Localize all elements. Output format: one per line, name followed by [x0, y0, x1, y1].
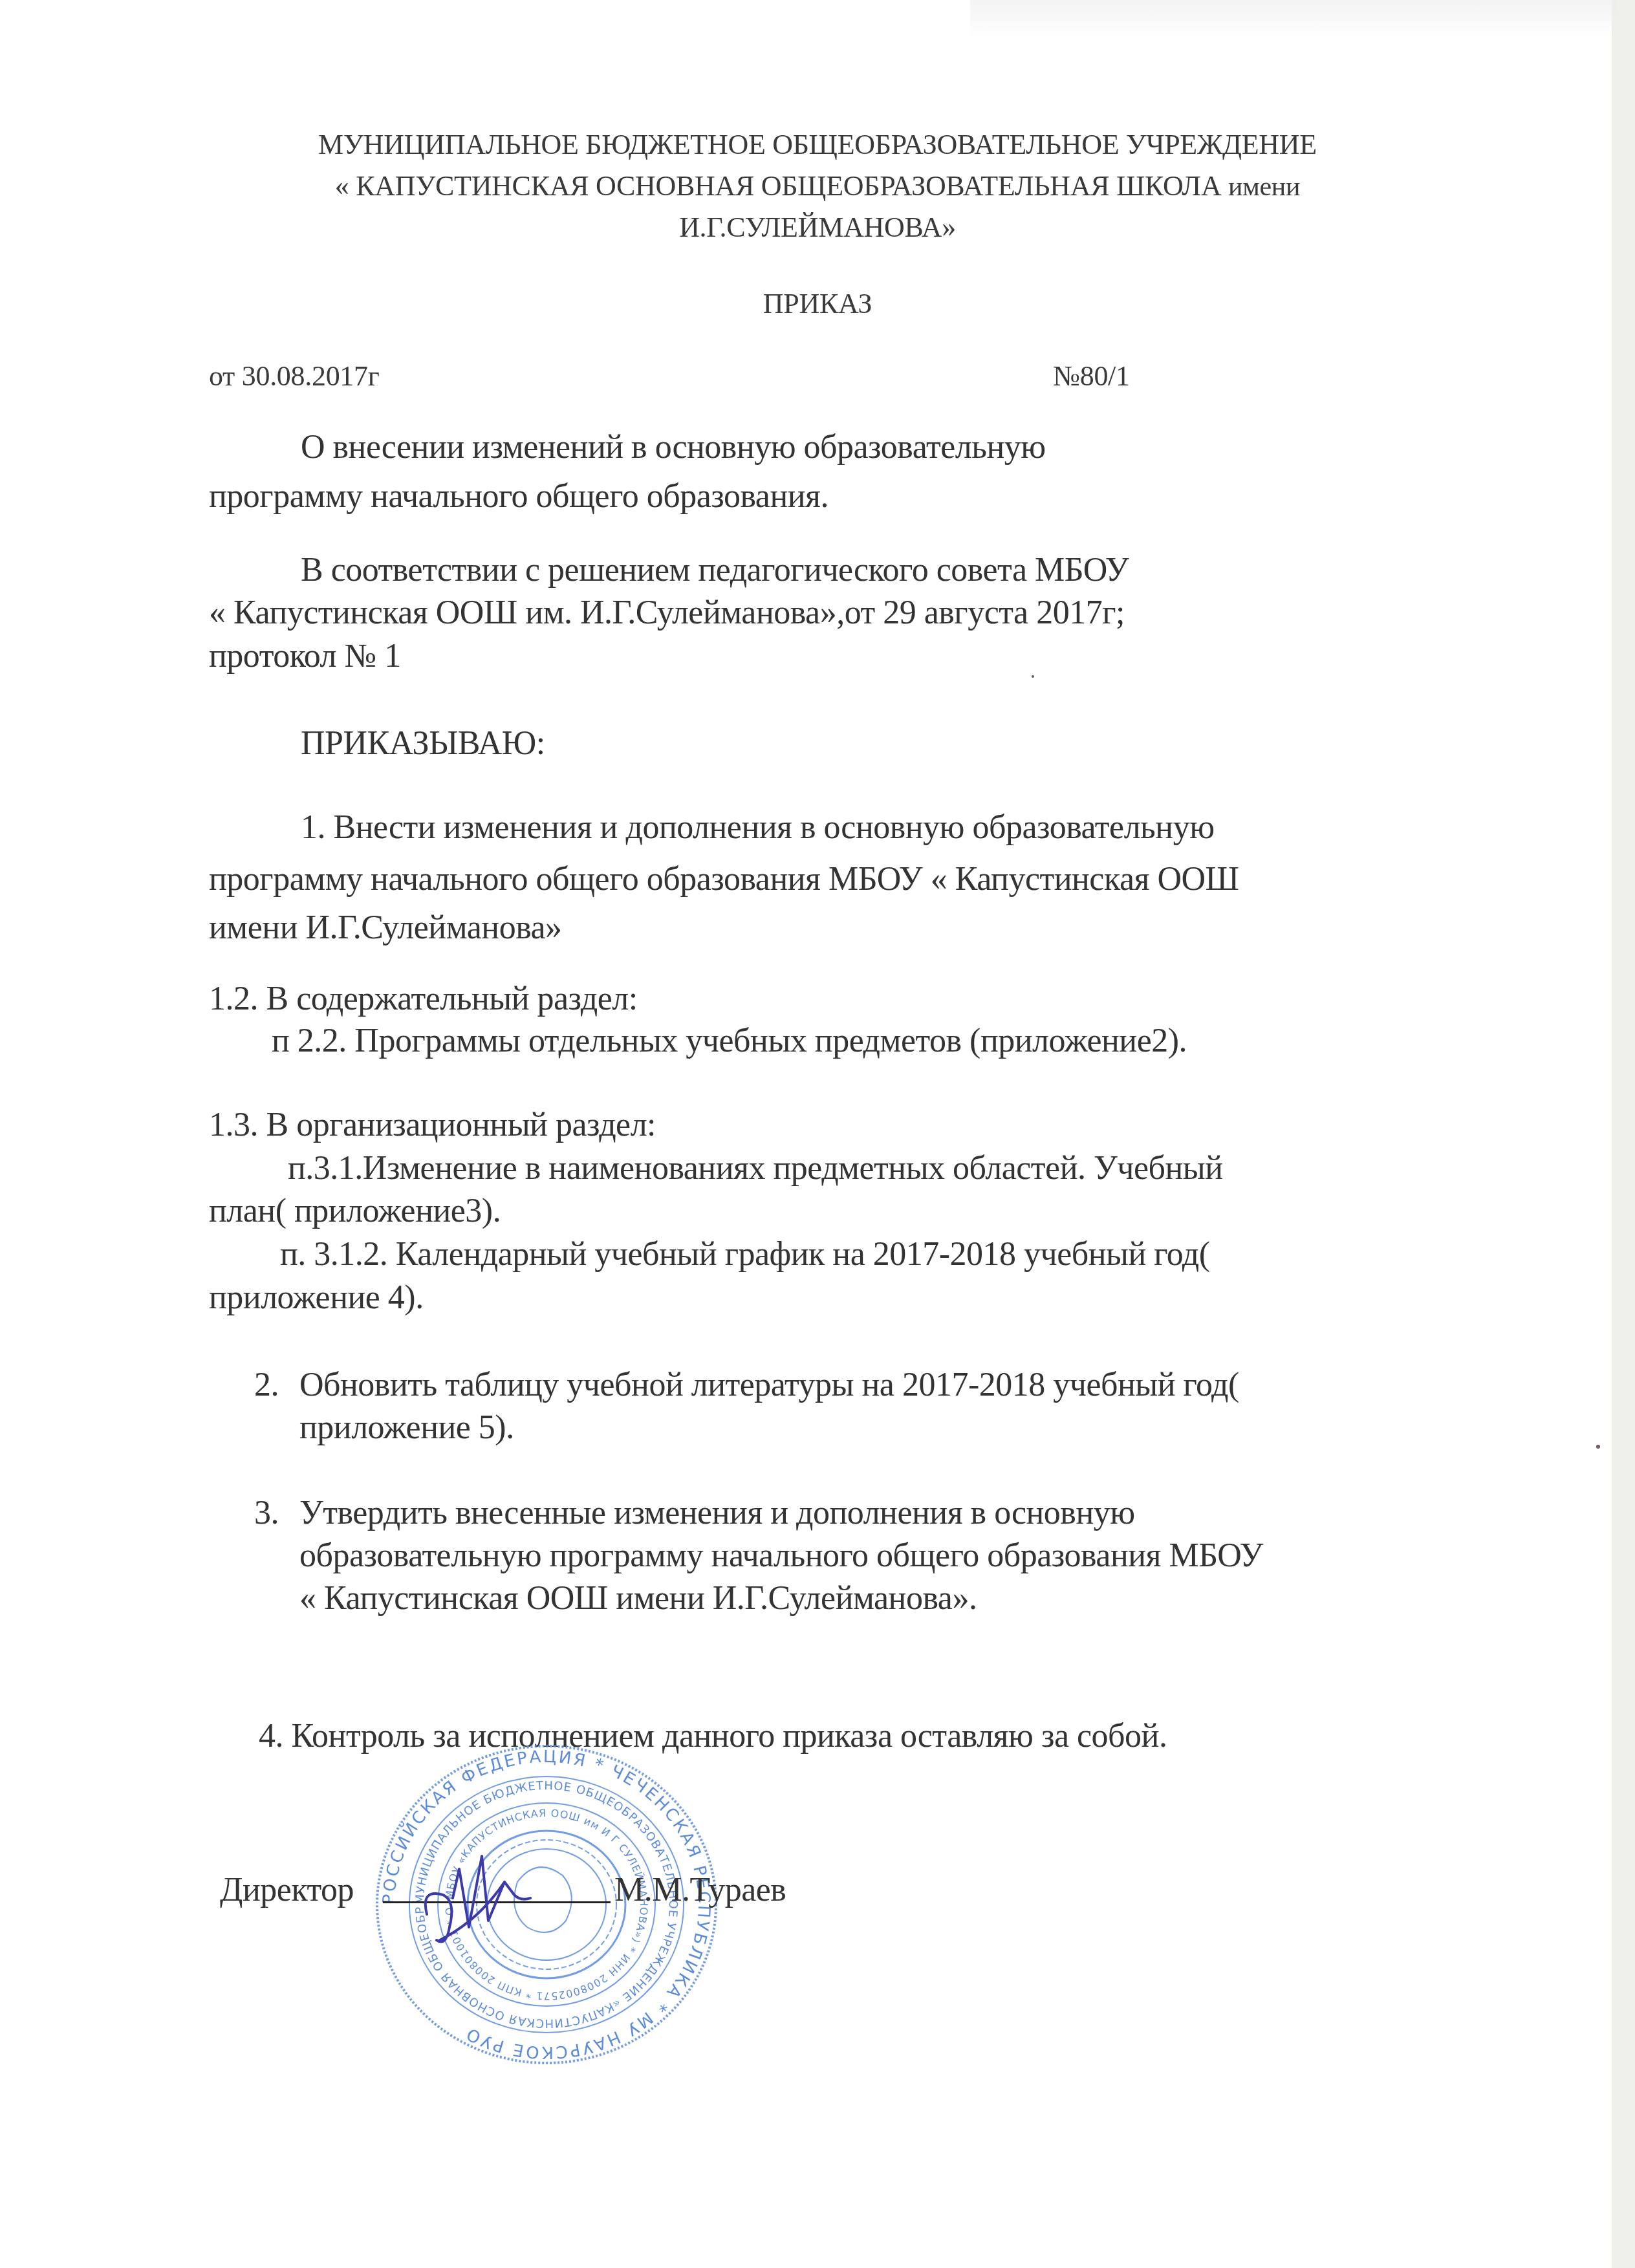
order-keyword: ПРИКАЗЫВАЮ: — [301, 724, 545, 763]
item-1-3-sub2-line-2: приложение 4). — [209, 1279, 424, 1317]
item-1-2-title: 1.2. В содержательный раздел: — [209, 980, 638, 1019]
institution-line-2: « КАПУСТИНСКАЯ ОСНОВНАЯ ОБЩЕОБРАЗОВАТЕЛЬ… — [0, 169, 1635, 204]
item-2-number: 2. — [254, 1366, 279, 1405]
item-1-line-3: имени И.Г.Сулейманова» — [209, 909, 562, 947]
subject-line-2: программу начального общего образования. — [209, 477, 828, 516]
scan-speck — [1032, 675, 1034, 678]
item-1-line-2: программу начального общего образования … — [209, 860, 1239, 899]
signatory-name: М.М.Тураев — [614, 1871, 786, 1910]
item-1-3-sub1-line-2: план( приложение3). — [209, 1192, 501, 1231]
signatory-position: Директор — [220, 1871, 354, 1910]
scan-noise — [970, 0, 1617, 39]
handwritten-signature — [414, 1837, 582, 1966]
institution-name: « КАПУСТИНСКАЯ ОСНОВНАЯ ОБЩЕОБРАЗОВАТЕЛЬ… — [335, 170, 1228, 202]
institution-line-3: И.Г.СУЛЕЙМАНОВА» — [0, 211, 1635, 244]
basis-line-3: протокол № 1 — [209, 637, 401, 676]
item-1-2-sub: п 2.2. Программы отдельных учебных предм… — [272, 1022, 1187, 1061]
basis-line-2: « Капустинская ООШ им. И.Г.Сулейманова»,… — [209, 594, 1125, 632]
item-3-line-3: « Капустинская ООШ имени И.Г.Сулейманова… — [299, 1579, 977, 1618]
order-date: от 30.08.2017г — [209, 360, 380, 393]
item-1-3-sub2-line-1: п. 3.1.2. Календарный учебный график на … — [280, 1235, 1210, 1274]
item-1-3-title: 1.3. В организационный раздел: — [209, 1106, 656, 1145]
basis-line-1: В соответствии с решением педагогическог… — [301, 551, 1129, 590]
subject-line-1: О внесении изменений в основную образова… — [301, 428, 1046, 467]
scan-edge — [1612, 0, 1635, 2268]
scan-speck — [1596, 1445, 1600, 1449]
institution-line-1: МУНИЦИПАЛЬНОЕ БЮДЖЕТНОЕ ОБЩЕОБРАЗОВАТЕЛЬ… — [0, 128, 1635, 162]
item-3-line-1: Утвердить внесенные изменения и дополнен… — [299, 1494, 1135, 1533]
item-3-number: 3. — [254, 1494, 279, 1533]
item-2-line-1: Обновить таблицу учебной литературы на 2… — [299, 1366, 1239, 1405]
order-number: №80/1 — [1053, 360, 1130, 393]
item-1-3-sub1-line-1: п.3.1.Изменение в наименованиях предметн… — [288, 1149, 1223, 1188]
item-1-line-1: 1. Внести изменения и дополнения в основ… — [301, 808, 1214, 847]
document-title: ПРИКАЗ — [0, 287, 1635, 321]
institution-name-tail: имени — [1228, 172, 1300, 202]
item-2-line-2: приложение 5). — [299, 1409, 514, 1447]
item-3-line-2: образовательную программу начального общ… — [299, 1537, 1263, 1575]
